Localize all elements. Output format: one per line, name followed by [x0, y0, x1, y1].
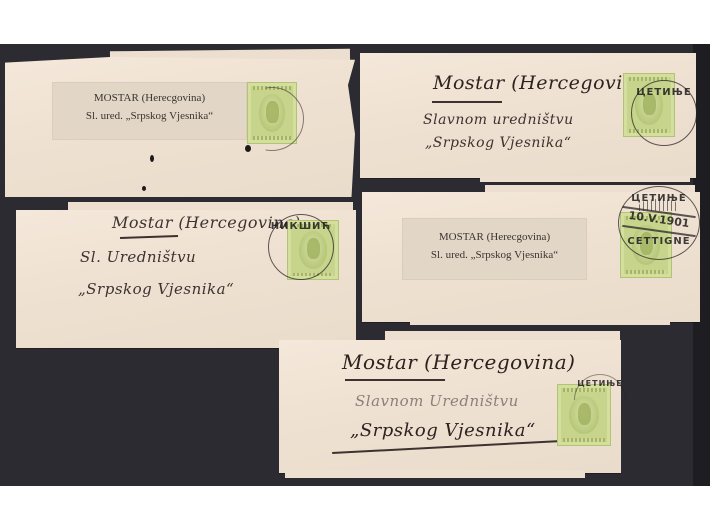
- underline: [432, 101, 502, 103]
- postmark: НИКШИЋ: [268, 214, 334, 280]
- handwritten-city: Mostar (Hercegovina): [342, 350, 576, 374]
- punch-hole: [245, 145, 251, 152]
- printed-address-label: MOSTAR (Herecgovina) Sl. ured. „Srpskog …: [52, 82, 247, 140]
- wrapper-fold: [410, 320, 670, 325]
- handwritten-newspaper: „Srpskog Vjesnika“: [425, 135, 571, 151]
- underline: [345, 379, 445, 381]
- handwritten-city: Mostar (Hercegovina): [433, 72, 655, 94]
- handwritten-recipient: Slavnom uredništvu: [423, 112, 574, 128]
- postmark: ЦЕТИЊЕ 10.V.1901 CETTIGNE: [618, 186, 700, 260]
- postmark: ЦЕТИЊЕ: [631, 80, 697, 146]
- printed-address-label: MOSTAR (Herecgovina) Sl. ured. „Srpskog …: [402, 218, 587, 280]
- label-line-recipient: Sl. ured. „Srpskog Vjesnika“: [52, 107, 247, 125]
- handwritten-recipient: Sl. Uredništvu: [80, 248, 196, 266]
- handwritten-newspaper: „Srpskog Vjesnika“: [78, 280, 234, 298]
- label-line-recipient: Sl. ured. „Srpskog Vjesnika“: [402, 246, 587, 264]
- label-line-city: MOSTAR (Herecgovina): [402, 228, 587, 246]
- punch-hole: [150, 155, 154, 162]
- handwritten-recipient: Slavnom Uredništvu: [355, 392, 519, 410]
- label-line-city: MOSTAR (Herecgovina): [52, 89, 247, 107]
- punch-hole: [142, 186, 146, 191]
- handwritten-newspaper: „Srpskog Vjesnika“: [350, 420, 536, 441]
- wrapper-fold: [480, 176, 690, 182]
- wrapper-fold: [285, 470, 585, 478]
